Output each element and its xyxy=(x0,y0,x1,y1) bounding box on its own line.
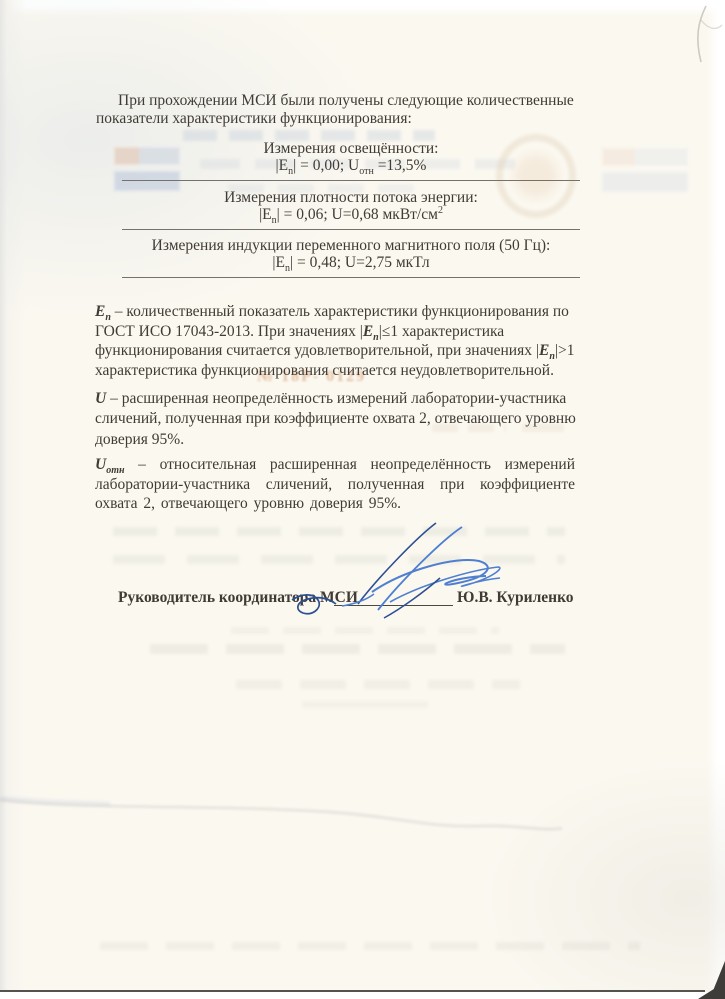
bleedthrough-text-band xyxy=(302,701,428,708)
handwritten-signature xyxy=(282,520,507,620)
definition-u: U – расширенная неопределённость измерен… xyxy=(95,389,588,450)
bleedthrough-text-band xyxy=(150,644,565,654)
bleedthrough-text-band xyxy=(100,942,640,950)
scan-edge-margin xyxy=(0,992,725,999)
measurement-title: Измерения плотности потока энергии: xyxy=(122,189,580,206)
definition-uotn: Uотн – относительная расширенная неопред… xyxy=(95,455,575,514)
bleedthrough-logo-block-top xyxy=(601,147,689,167)
measurement-value: |En| = 0,48; U=2,75 мкТл xyxy=(122,254,580,271)
bleedthrough-signature-smudge xyxy=(0,780,580,850)
measurement-section-energy-flux: Измерения плотности потока энергии: |En|… xyxy=(122,189,580,230)
paper-crease-mark xyxy=(680,4,725,68)
bleedthrough-text-band xyxy=(236,680,520,689)
bleedthrough-text-band xyxy=(231,627,499,634)
bleedthrough-logo-blocks xyxy=(601,147,689,193)
measurement-section-illuminance: Измерения освещённости: |En| = 0,00; Uот… xyxy=(122,140,580,181)
measurement-section-magnetic-field: Измерения индукции переменного магнитног… xyxy=(122,237,580,278)
intro-paragraph: При прохождении МСИ были получены следую… xyxy=(96,92,596,127)
scanned-document-page: № 18Р- 0129 При прохождении МСИ были пол… xyxy=(0,0,725,999)
measurement-value: |En| = 0,00; Uотн =13,5% xyxy=(122,157,580,174)
bleedthrough-logo-block-bottom xyxy=(601,171,689,193)
definition-en: En – количественный показатель характери… xyxy=(95,302,588,380)
measurement-title: Измерения освещённости: xyxy=(122,140,580,157)
measurement-title: Измерения индукции переменного магнитног… xyxy=(122,237,580,254)
measurement-value: |En| = 0,06; U=0,68 мкВт/см2 xyxy=(122,206,580,223)
